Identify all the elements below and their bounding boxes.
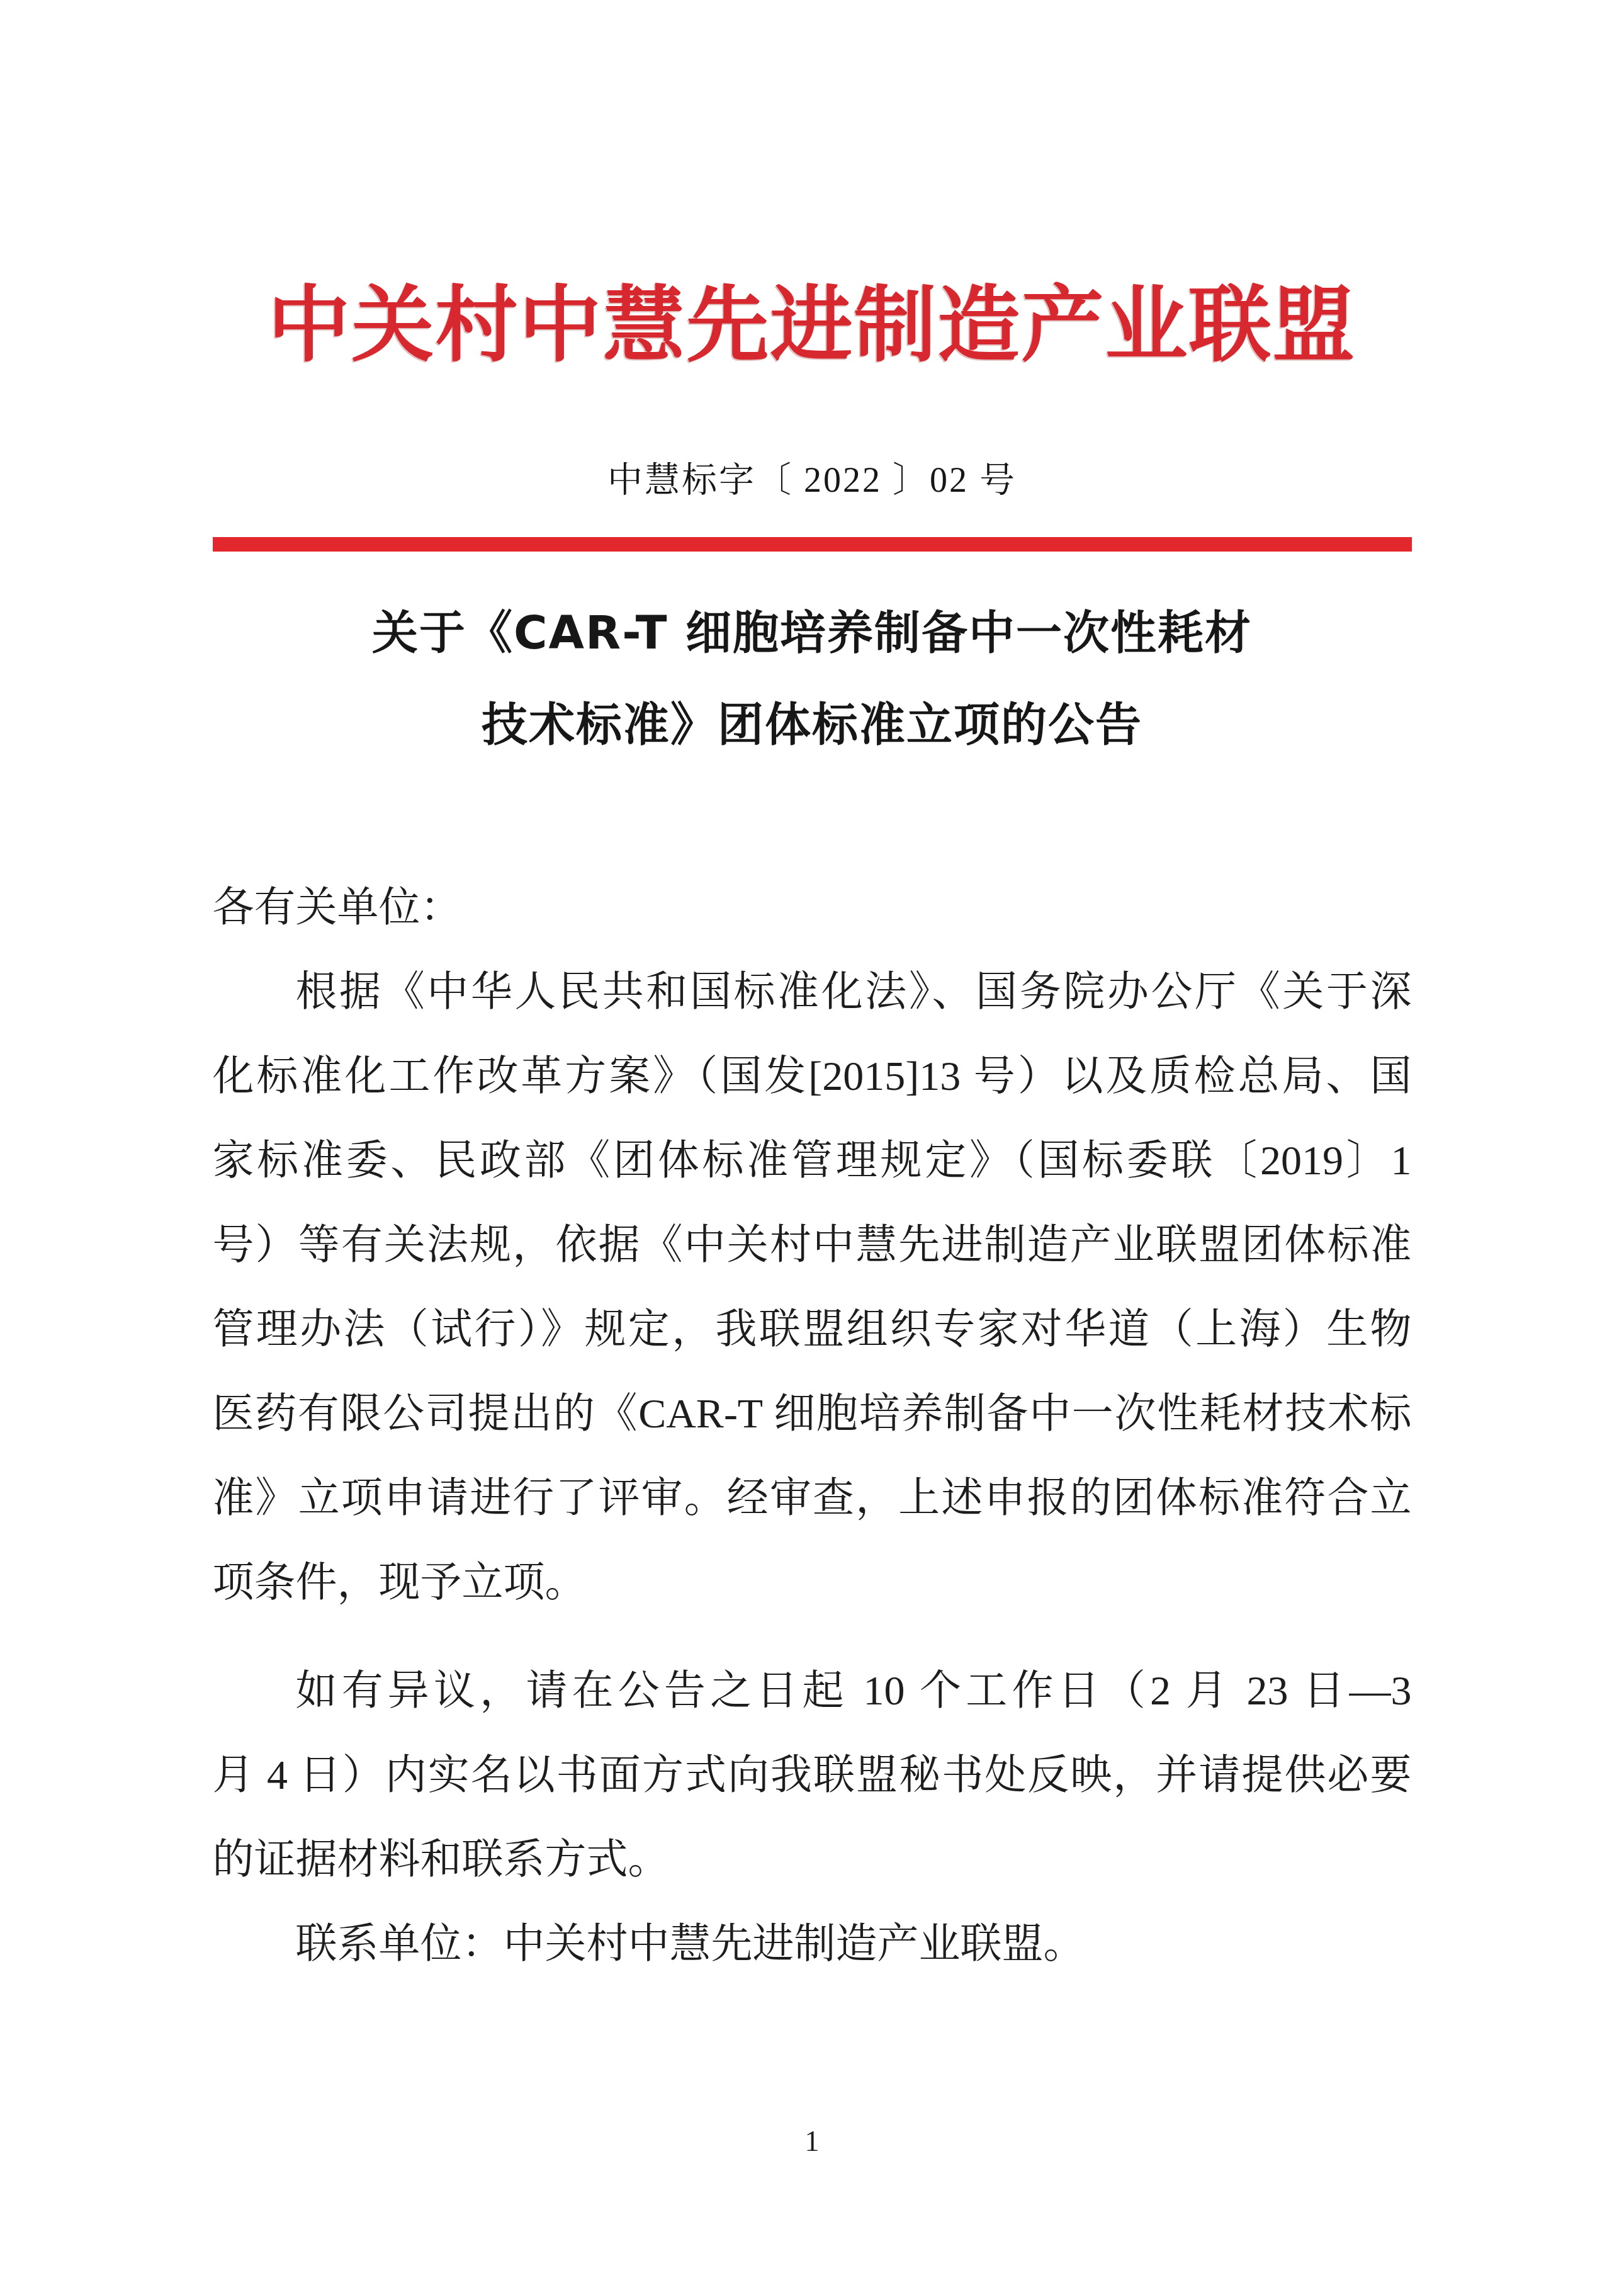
body-line: 号）等有关法规，依据《中关村中慧先进制造产业联盟团体标准 (213, 1203, 1412, 1288)
body-line: 的证据材料和联系方式。 (213, 1818, 1412, 1902)
salutation-line: 各有关单位： (213, 866, 1412, 950)
body-line: 医药有限公司提出的《CAR-T 细胞培养制备中一次性耗材技术标 (213, 1372, 1412, 1456)
document-page: 中关村中慧先进制造产业联盟 中慧标字〔 2022 〕02 号 关于《CAR-T … (0, 0, 1624, 2290)
document-number: 中慧标字〔 2022 〕02 号 (0, 463, 1624, 498)
body-line: 准》立项申请进行了评审。经审查，上述申报的团体标准符合立 (213, 1456, 1412, 1541)
body-line: 化标准化工作改革方案》（国发[2015]13 号）以及质检总局、国 (213, 1034, 1412, 1119)
page-number: 1 (0, 2127, 1624, 2156)
red-divider-rule (213, 537, 1412, 552)
announcement-title-line-2: 技术标准》团体标准立项的公告 (151, 679, 1473, 771)
announcement-title-line-1: 关于《CAR-T 细胞培养制备中一次性耗材 (151, 587, 1473, 679)
body-line: 根据《中华人民共和国标准化法》、国务院办公厅《关于深 (213, 950, 1412, 1034)
organization-title: 中关村中慧先进制造产业联盟 (0, 285, 1624, 367)
body-line: 项条件，现予立项。 (213, 1541, 1412, 1625)
announcement-body: 各有关单位： 根据《中华人民共和国标准化法》、国务院办公厅《关于深 化标准化工作… (213, 866, 1412, 1987)
body-line: 如有异议，请在公告之日起 10 个工作日（2 月 23 日—3 (213, 1649, 1412, 1733)
body-line: 月 4 日）内实名以书面方式向我联盟秘书处反映，并请提供必要 (213, 1733, 1412, 1818)
body-line: 管理办法（试行）》规定，我联盟组织专家对华道（上海）生物 (213, 1288, 1412, 1372)
body-line: 家标准委、民政部《团体标准管理规定》（国标委联〔2019〕1 (213, 1119, 1412, 1203)
announcement-title: 关于《CAR-T 细胞培养制备中一次性耗材 技术标准》团体标准立项的公告 (151, 587, 1473, 771)
contact-line: 联系单位：中关村中慧先进制造产业联盟。 (213, 1902, 1412, 1987)
